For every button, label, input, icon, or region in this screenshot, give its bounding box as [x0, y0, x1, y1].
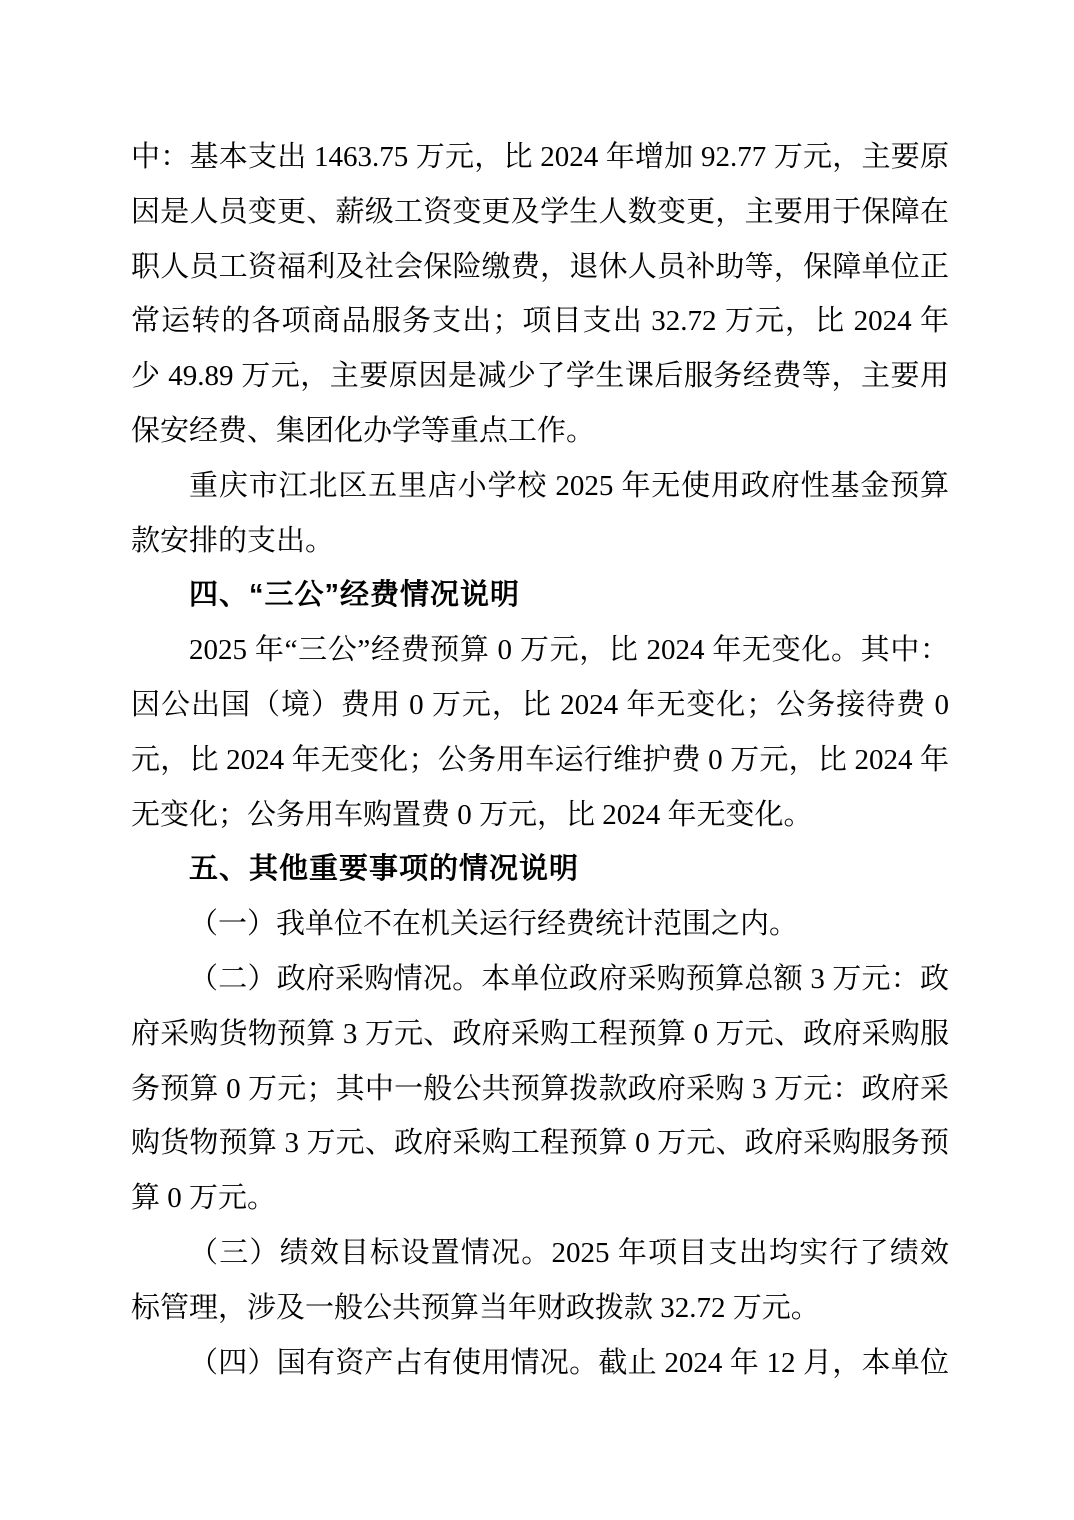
body-text-line: 款安排的支出。 — [131, 514, 949, 569]
body-text-line: （三）绩效目标设置情况。2025 年项目支出均实行了绩效目 — [131, 1226, 949, 1281]
body-text-line: 元，比 2024 年无变化；公务用车运行维护费 0 万元，比 2024 年 — [131, 733, 949, 788]
heading-other-important-items: 五、其他重要事项的情况说明 — [131, 842, 949, 897]
paragraph-government-procurement: （二）政府采购情况。本单位政府采购预算总额 3 万元：政 府采购货物预算 3 万… — [131, 952, 949, 1226]
body-text-line: （四）国有资产占有使用情况。截止 2024 年 12 月，本单位 — [131, 1336, 949, 1391]
body-text-line: （二）政府采购情况。本单位政府采购预算总额 3 万元：政 — [131, 952, 949, 1007]
body-text-line: 因是人员变更、薪级工资变更及学生人数变更，主要用于保障在 — [131, 185, 949, 240]
body-text-line: 无变化；公务用车购置费 0 万元，比 2024 年无变化。 — [131, 788, 949, 843]
body-text-line: 职人员工资福利及社会保险缴费，退休人员补助等，保障单位正 — [131, 240, 949, 295]
body-text-line: 府采购货物预算 3 万元、政府采购工程预算 0 万元、政府采购服 — [131, 1007, 949, 1062]
body-text-line: 购货物预算 3 万元、政府采购工程预算 0 万元、政府采购服务预 — [131, 1116, 949, 1171]
paragraph-performance-targets: （三）绩效目标设置情况。2025 年项目支出均实行了绩效目 标管理，涉及一般公共… — [131, 1226, 949, 1336]
document-text-block: 中：基本支出 1463.75 万元，比 2024 年增加 92.77 万元，主要… — [131, 130, 949, 1390]
body-text-line: 常运转的各项商品服务支出；项目支出 32.72 万元，比 2024 年减 — [131, 294, 949, 349]
body-text-line: 务预算 0 万元；其中一般公共预算拨款政府采购 3 万元：政府采 — [131, 1062, 949, 1117]
body-text-line: （一）我单位不在机关运行经费统计范围之内。 — [131, 897, 949, 952]
body-text-line: 2025 年“三公”经费预算 0 万元，比 2024 年无变化。其中： — [131, 623, 949, 678]
heading-three-public-funds: 四、“三公”经费情况说明 — [131, 568, 949, 623]
paragraph-government-fund-budget: 重庆市江北区五里店小学校 2025 年无使用政府性基金预算拨 款安排的支出。 — [131, 459, 949, 569]
body-text-line: 中：基本支出 1463.75 万元，比 2024 年增加 92.77 万元，主要… — [131, 130, 949, 185]
body-text-line: 算 0 万元。 — [131, 1171, 949, 1226]
body-text-line: 重庆市江北区五里店小学校 2025 年无使用政府性基金预算拨 — [131, 459, 949, 514]
paragraph-basic-and-project-expenditure: 中：基本支出 1463.75 万元，比 2024 年增加 92.77 万元，主要… — [131, 130, 949, 459]
document-page: 中：基本支出 1463.75 万元，比 2024 年增加 92.77 万元，主要… — [0, 0, 1074, 1520]
body-text-line: 少 49.89 万元，主要原因是减少了学生课后服务经费等，主要用于 — [131, 349, 949, 404]
body-text-line: 标管理，涉及一般公共预算当年财政拨款 32.72 万元。 — [131, 1281, 949, 1336]
body-text-line: 因公出国（境）费用 0 万元，比 2024 年无变化；公务接待费 0 万 — [131, 678, 949, 733]
paragraph-state-owned-assets: （四）国有资产占有使用情况。截止 2024 年 12 月，本单位 — [131, 1336, 949, 1391]
paragraph-three-public-funds-detail: 2025 年“三公”经费预算 0 万元，比 2024 年无变化。其中： 因公出国… — [131, 623, 949, 842]
paragraph-agency-operation-funds: （一）我单位不在机关运行经费统计范围之内。 — [131, 897, 949, 952]
body-text-line: 保安经费、集团化办学等重点工作。 — [131, 404, 949, 459]
